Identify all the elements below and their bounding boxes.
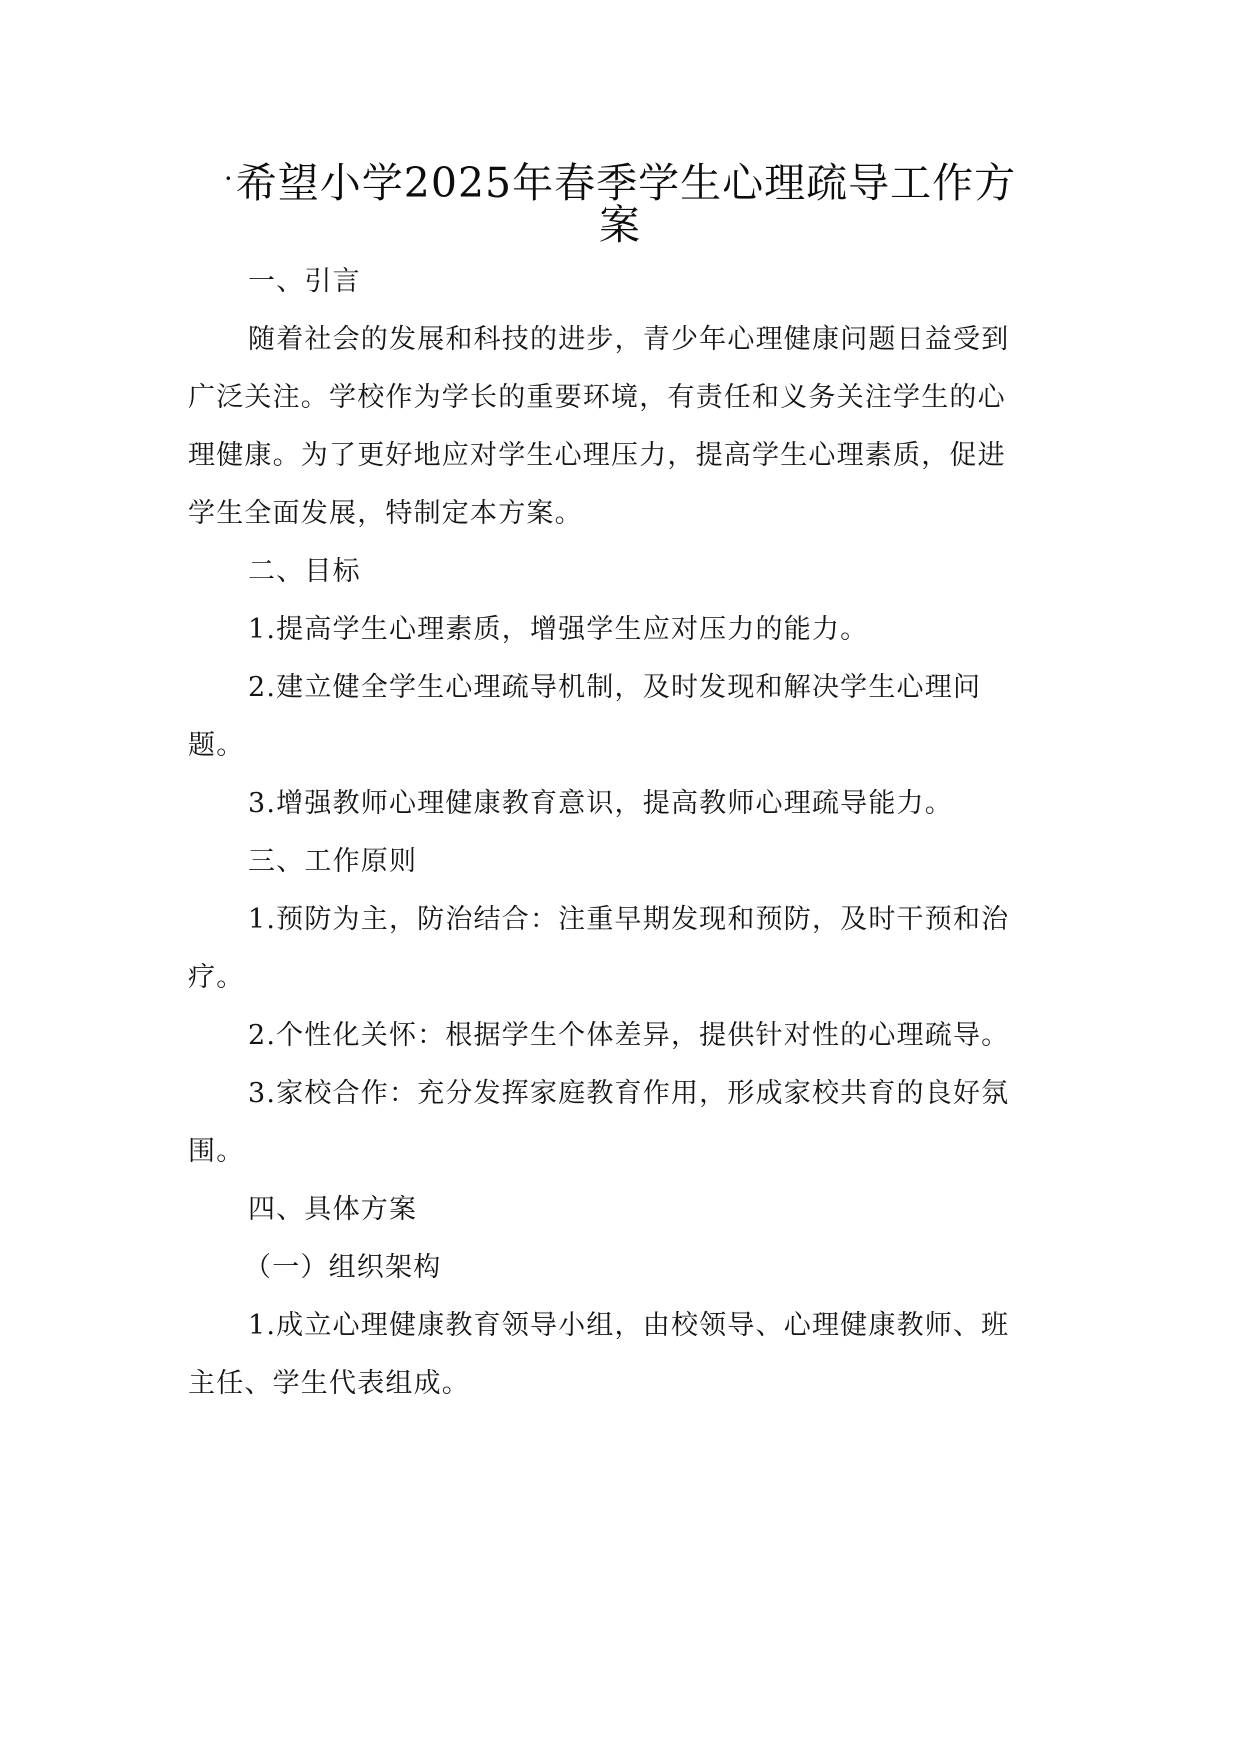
paragraph-line: 理健康。为了更好地应对学生心理压力，提高学生心理素质，促进: [188, 438, 1006, 474]
document-page: ·希望小学2025年春季学生心理疏导工作方 案 一、引言 随着社会的发展和科技的…: [0, 0, 1240, 1753]
section-heading-goals: 二、目标: [248, 554, 361, 590]
list-item: 1.成立心理健康教育领导小组，由校领导、心理健康教师、班: [248, 1308, 1009, 1344]
section-heading-principles: 三、工作原则: [248, 844, 417, 880]
section-heading-intro: 一、引言: [248, 264, 361, 300]
document-title-line-2: 案: [0, 200, 1240, 250]
section-heading-plan: 四、具体方案: [248, 1192, 417, 1228]
list-item: 3.家校合作：充分发挥家庭教育作用，形成家校共育的良好氛: [248, 1076, 1009, 1112]
list-item: 1.预防为主，防治结合：注重早期发现和预防，及时干预和治: [248, 902, 1009, 938]
subsection-heading-organization: （一）组织架构: [244, 1250, 441, 1286]
list-item: 1.提高学生心理素质，增强学生应对压力的能力。: [248, 612, 868, 648]
paragraph-line: 广泛关注。学校作为学长的重要环境，有责任和义务关注学生的心: [188, 380, 1006, 416]
list-item: 2.建立健全学生心理疏导机制，及时发现和解决学生心理问: [248, 670, 981, 706]
paragraph-line: 随着社会的发展和科技的进步，青少年心理健康问题日益受到: [248, 322, 1009, 358]
list-item-continuation: 题。: [188, 728, 244, 764]
list-item-continuation: 疗。: [188, 960, 244, 996]
list-item-continuation: 主任、学生代表组成。: [188, 1366, 470, 1402]
title-marker: ·: [224, 154, 234, 204]
list-item: 3.增强教师心理健康教育意识，提高教师心理疏导能力。: [248, 786, 953, 822]
paragraph-line: 学生全面发展，特制定本方案。: [188, 496, 583, 532]
list-item: 2.个性化关怀：根据学生个体差异，提供针对性的心理疏导。: [248, 1018, 1009, 1054]
list-item-continuation: 围。: [188, 1134, 244, 1170]
